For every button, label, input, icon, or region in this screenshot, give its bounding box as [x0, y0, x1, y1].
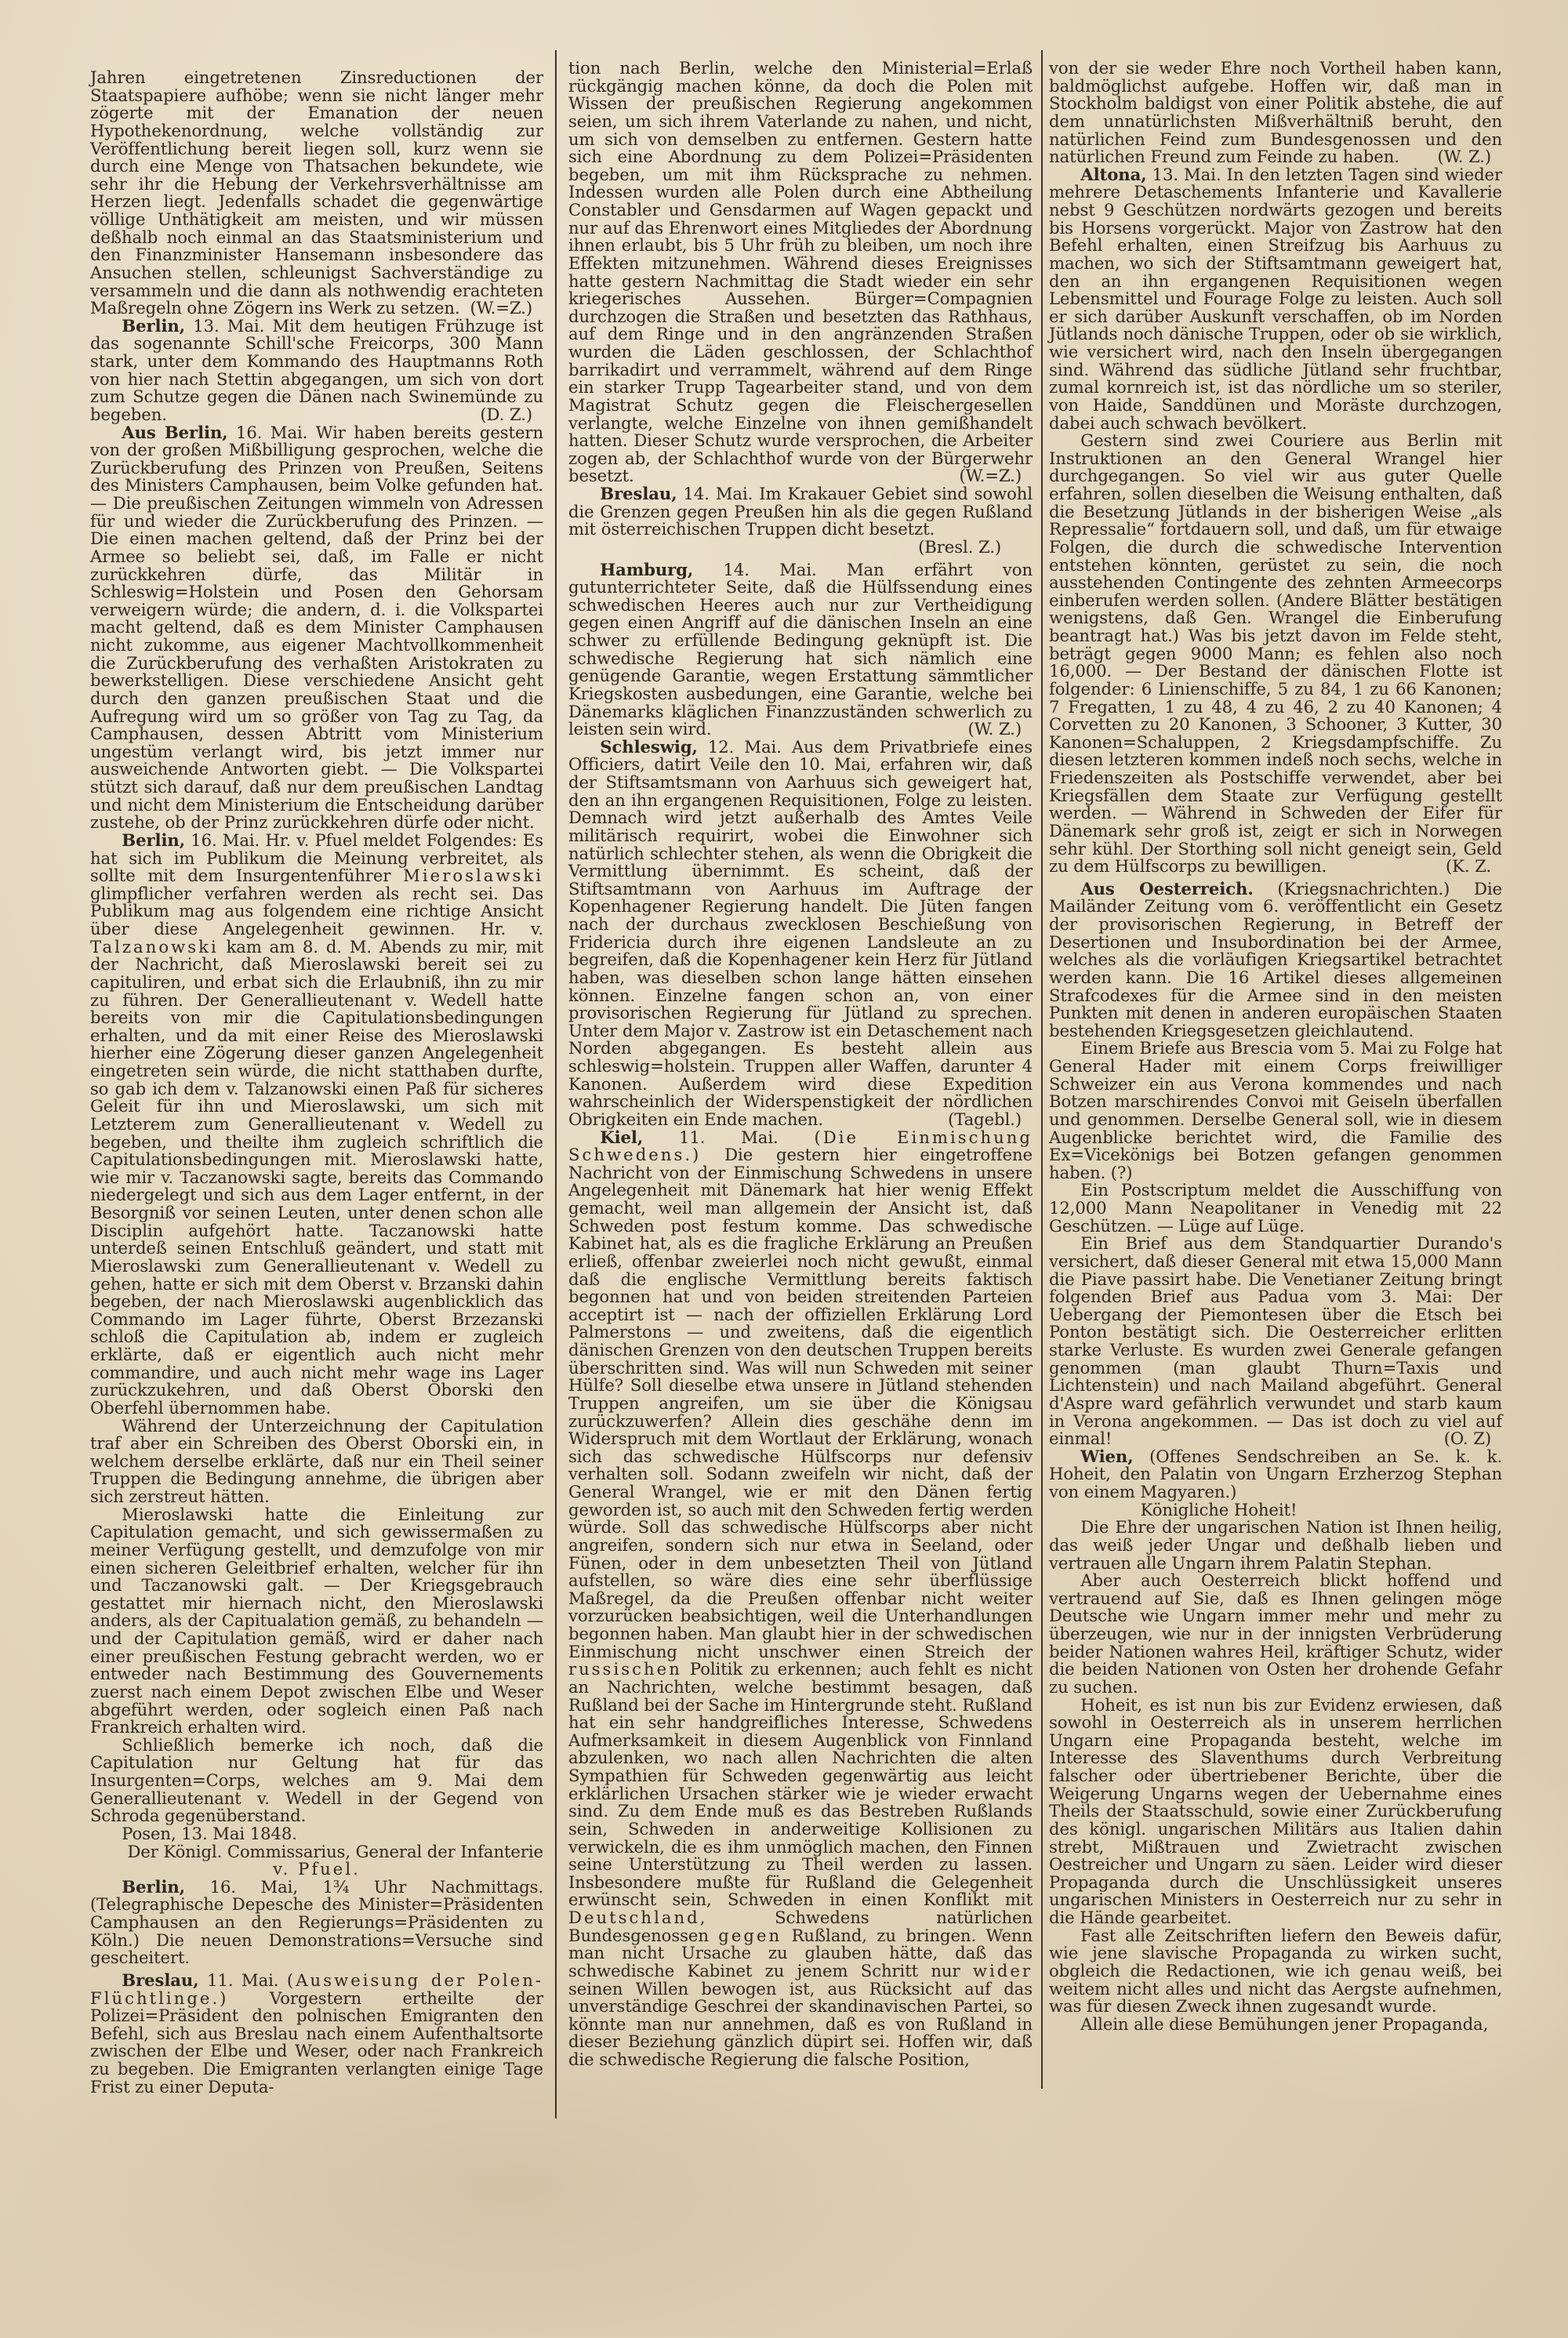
article-paragraph: Schließlich bemerke ich noch, daß die Ca… — [90, 1737, 543, 1825]
dateline: Hamburg, — [600, 560, 693, 579]
source-attribution: (D. Z.) — [448, 406, 532, 424]
source-attribution: (Bresl. Z.) — [918, 537, 1001, 557]
source-attribution: (Tagebl.) — [916, 1111, 1022, 1129]
article-text: kam am 8. d. M. Abends zu mir, mit der N… — [90, 937, 543, 1418]
column-3: von der sie weder Ehre noch Vortheil hab… — [1049, 60, 1502, 2033]
article-continuation: Jahren eingetretenen Zinsreductionen der… — [90, 69, 543, 318]
article-date: 16. Mai. — [191, 830, 260, 850]
article-paragraph: Ein Brief aus dem Standquartier Durando'… — [1049, 1235, 1502, 1448]
source-attribution: (K. Z. — [1414, 858, 1491, 876]
article-berlin-13: Berlin, 13. Mai. Mit dem heutigen Frühzu… — [90, 318, 543, 424]
article-text: von der sie weder Ehre noch Vortheil hab… — [1049, 58, 1502, 166]
article-berlin-16-pfuel: Berlin, 16. Mai. Hr. v. Pfuel meldet Fol… — [90, 832, 543, 1418]
column-1: Jahren eingetretenen Zinsreductionen der… — [90, 69, 543, 2096]
article-hamburg-14: Hamburg, 14. Mai. Man erfährt von gutunt… — [568, 561, 1033, 739]
dateline: Schleswig, — [600, 737, 698, 757]
article-text: Jahren eingetretenen Zinsreductionen der… — [90, 67, 543, 318]
article-kiel-11: Kiel, 11. Mai. (Die Einmischung Schweden… — [568, 1129, 1033, 2069]
article-text: Gestern sind zwei Couriere aus Berlin mi… — [1049, 430, 1502, 876]
article-paragraph: Fast alle Zeitschriften liefern den Bewe… — [1049, 1927, 1502, 2016]
source-line: (Bresl. Z.) — [568, 539, 1033, 557]
article-text: glimpflicher verfahren werden als recht … — [90, 884, 543, 938]
source-attribution: (W.=Z.) — [960, 467, 1022, 485]
article-paragraph: Während der Unterzeichnung der Capitulat… — [90, 1418, 543, 1506]
dateline: Aus Oesterreich. — [1080, 879, 1253, 899]
salutation: Königliche Hoheit! — [1049, 1501, 1502, 1519]
place-date: Posen, 13. Mai 1848. — [90, 1825, 543, 1843]
article-date: 14. Mai. — [724, 560, 817, 579]
article-paragraph: Allein alle diese Bemühungen jener Propa… — [1049, 2016, 1502, 2034]
article-text: Ein Brief aus dem Standquartier Durando'… — [1049, 1233, 1502, 1448]
article-paragraph: Hoheit, es ist nun bis zur Evidenz erwie… — [1049, 1697, 1502, 1927]
article-continuation: tion nach Berlin, welche den Ministerial… — [568, 60, 1033, 485]
article-date: 16. Mai, 1¾ Uhr Nachmittags. — [210, 1877, 543, 1897]
emphasized-name: Talzanowski — [90, 937, 219, 957]
signature-title: Der Königl. Commissarius, General der In… — [90, 1843, 543, 1861]
emphasized-word: Deutschland, — [568, 1908, 707, 1927]
article-wien: Wien, (Offenes Sendschreiben an Se. k. k… — [1049, 1448, 1502, 1501]
dateline: Aus Berlin, — [122, 423, 227, 442]
emphasized-word: gegen — [718, 1926, 782, 1945]
article-date: 12. Mai. — [708, 737, 782, 757]
article-text: Die gestern hier eingetroffene Nachricht… — [568, 1145, 1033, 1661]
article-oesterreich: Aus Oesterreich. (Kriegsnachrichten.) Di… — [1049, 880, 1502, 1040]
column-2: tion nach Berlin, welche den Ministerial… — [568, 60, 1033, 2069]
article-date: 13. Mai. — [193, 316, 264, 336]
article-breslau-11: Breslau, 11. Mai. (Ausweisung der Polen-… — [90, 1972, 543, 2096]
emphasized-word: russischen — [568, 1659, 682, 1679]
column-divider — [1041, 50, 1043, 1728]
dateline: Breslau, — [122, 1970, 198, 1990]
dateline: Berlin, — [122, 316, 185, 336]
newspaper-page: Jahren eingetretenen Zinsreductionen der… — [0, 0, 1568, 2338]
article-text: (Telegraphische Depesche des Minister=Pr… — [90, 1894, 543, 1967]
article-text: seinen Willen bewogen ist, aus Rücksicht… — [568, 1979, 1033, 2070]
dateline: Altona, — [1080, 165, 1146, 184]
dateline: Breslau, — [600, 484, 677, 503]
article-paragraph: Die Ehre der ungarischen Nation ist Ihne… — [1049, 1519, 1502, 1572]
dateline: Berlin, — [122, 1877, 185, 1897]
article-date: 11. Mai. — [207, 1970, 278, 1990]
article-date: 11. Mai. — [679, 1127, 779, 1147]
column-divider — [555, 50, 557, 2118]
dateline: Wien, — [1080, 1447, 1133, 1466]
source-attribution: (O. Z) — [1412, 1430, 1491, 1448]
article-text: Politik zu erkennen; auch fehlt es nicht… — [568, 1659, 1033, 1909]
article-aus-berlin-16: Aus Berlin, 16. Mai. Wir haben bereits g… — [90, 424, 543, 832]
column-divider — [1041, 1728, 1043, 2089]
article-breslau-14: Breslau, 14. Mai. Im Krakauer Gebiet sin… — [568, 485, 1033, 539]
article-date: 13. Mai. — [1152, 165, 1221, 184]
article-text: In den letzten Tagen sind wieder mehrere… — [1049, 165, 1502, 433]
article-date: 14. Mai. — [683, 484, 753, 503]
dateline: Kiel, — [600, 1127, 643, 1147]
article-paragraph: Mieroslawski hatte die Einleitung zur Ca… — [90, 1506, 543, 1737]
article-paragraph: Einem Briefe aus Brescia vom 5. Mai zu F… — [1049, 1040, 1502, 1182]
article-text: Die Mailänder Zeitung vom 6. veröffentli… — [1049, 879, 1502, 1040]
source-attribution: (W. Z.) — [1438, 148, 1491, 166]
article-text: Wir haben bereits gestern von der großen… — [90, 423, 543, 833]
article-schleswig-12: Schleswig, 12. Mai. Aus dem Privatbriefe… — [568, 739, 1033, 1129]
article-berlin-16-telegraph: Berlin, 16. Mai, 1¾ Uhr Nachmittags. (Te… — [90, 1879, 543, 1967]
article-text: Man erfährt von gutunterrichteter Seite,… — [568, 560, 1033, 739]
article-subtitle: (Kriegsnachrichten.) — [1277, 879, 1450, 899]
article-text: Aus dem Privatbriefe eines Officiers, da… — [568, 737, 1033, 1129]
source-attribution: (W. Z.) — [936, 721, 1022, 739]
dateline: Berlin, — [122, 830, 185, 850]
emphasized-word: wider — [973, 1961, 1033, 1980]
article-paragraph: Aber auch Oesterreich blickt hoffend und… — [1049, 1572, 1502, 1696]
article-continuation: von der sie weder Ehre noch Vortheil hab… — [1049, 60, 1502, 166]
article-paragraph: Ein Postscriptum meldet die Ausschiffung… — [1049, 1182, 1502, 1235]
article-text: tion nach Berlin, welche den Ministerial… — [568, 58, 1033, 485]
article-date: 16. Mai. — [236, 423, 307, 442]
article-paragraph: Gestern sind zwei Couriere aus Berlin mi… — [1049, 432, 1502, 876]
article-altona-13: Altona, 13. Mai. In den letzten Tagen si… — [1049, 166, 1502, 432]
emphasized-name: Mieroslawski — [403, 866, 543, 885]
signature-name: v. Pfuel. — [90, 1861, 543, 1879]
source-attribution: (W.=Z.) — [470, 300, 532, 318]
